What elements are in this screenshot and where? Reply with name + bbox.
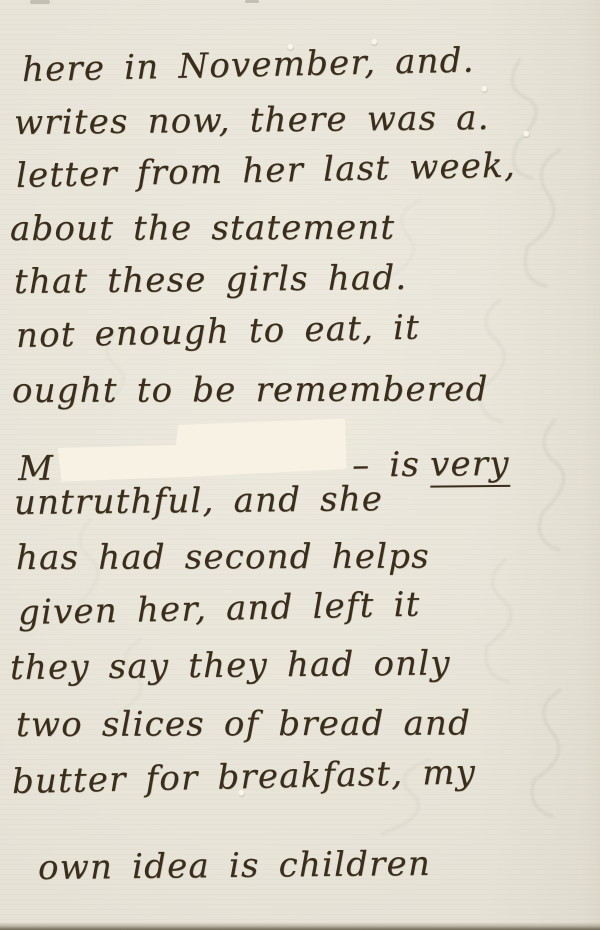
handwritten-line: about the statement bbox=[10, 208, 395, 249]
paper-edge-mark bbox=[30, 0, 50, 4]
letter-page: here in November, and. writes now, there… bbox=[0, 0, 600, 930]
page-bottom-edge bbox=[0, 922, 600, 930]
paper-pinhole bbox=[523, 131, 530, 138]
handwritten-line: butter for breakfast, my bbox=[12, 752, 477, 802]
handwritten-line: here in November, and. bbox=[22, 41, 475, 90]
handwritten-line: has had second helps bbox=[16, 537, 430, 578]
paper-pinhole bbox=[481, 86, 488, 93]
handwritten-line: untruthful, and she bbox=[14, 479, 384, 523]
paper-edge-mark bbox=[245, 0, 259, 3]
handwritten-line: they say they had only bbox=[10, 643, 451, 688]
handwritten-line: given her, and left it bbox=[18, 585, 421, 633]
handwritten-line: ought to be remembered bbox=[12, 369, 489, 411]
handwritten-line: not enough to eat, it bbox=[16, 308, 421, 356]
handwritten-line: letter from her last week, bbox=[16, 146, 517, 196]
redaction-patch bbox=[57, 419, 346, 482]
handwritten-line: two slices of bread and bbox=[16, 703, 471, 745]
underlined-word: very bbox=[430, 444, 510, 488]
handwritten-line: writes now, there was a. bbox=[14, 98, 490, 143]
handwritten-line: own idea is children bbox=[38, 844, 431, 888]
handwritten-line: that these girls had. bbox=[14, 258, 408, 302]
